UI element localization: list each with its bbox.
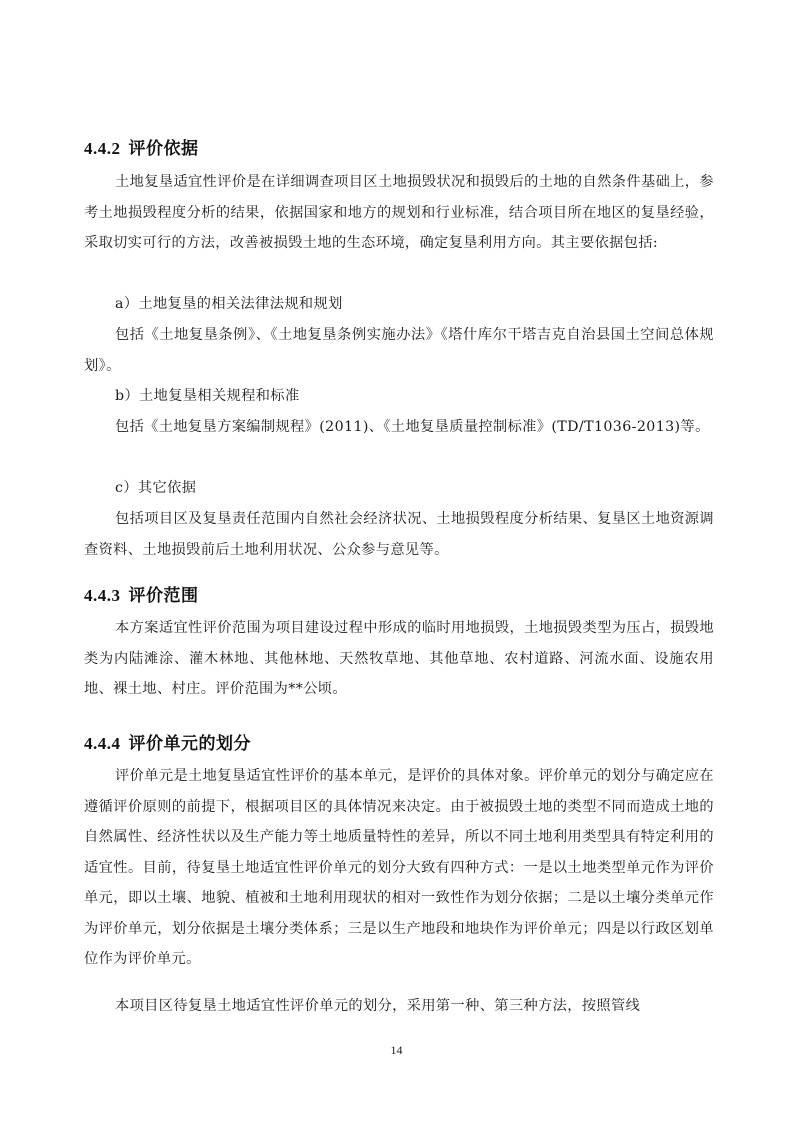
section-title: 评价范围 bbox=[129, 586, 199, 605]
paragraph-unit-method: 本项目区待复垦土地适宜性评价单元的划分，采用第一种、第三种方法，按照管线 bbox=[84, 991, 714, 1022]
list-item-a: a）土地复垦的相关法律法规和规划 bbox=[84, 289, 714, 320]
paragraph-laws: 包括《土地复垦条例》、《土地复垦条例实施办法》《塔什库尔干塔吉克自治县国土空间总… bbox=[84, 320, 714, 381]
paragraph-other-basis: 包括项目区及复垦责任范围内自然社会经济状况、土地损毁程度分析结果、复垦区土地资源… bbox=[84, 504, 714, 565]
list-item-c: c）其它依据 bbox=[84, 473, 714, 504]
section-number: 4.4.3 bbox=[84, 586, 121, 605]
paragraph-scope: 本方案适宜性评价范围为项目建设过程中形成的临时用地损毁，土地损毁类型为压占，损毁… bbox=[84, 613, 714, 705]
section-number: 4.4.4 bbox=[84, 734, 121, 753]
section-title: 评价单元的划分 bbox=[129, 734, 252, 753]
section-number: 4.4.2 bbox=[84, 139, 121, 158]
section-heading-4-4-3: 4.4.3评价范围 bbox=[84, 581, 199, 606]
paragraph-basis-intro: 土地复垦适宜性评价是在详细调查项目区土地损毁状况和损毁后的土地的自然条件基础上，… bbox=[84, 167, 714, 259]
section-heading-4-4-2: 4.4.2评价依据 bbox=[84, 134, 199, 159]
paragraph-standards: 包括《土地复垦方案编制规程》(2011)、《土地复垦质量控制标准》(TD/T10… bbox=[84, 412, 714, 443]
list-item-b: b）土地复垦相关规程和标准 bbox=[84, 381, 714, 412]
section-heading-4-4-4: 4.4.4评价单元的划分 bbox=[84, 729, 251, 754]
page-number: 14 bbox=[0, 1043, 793, 1058]
section-title: 评价依据 bbox=[129, 139, 199, 158]
paragraph-unit-definition: 评价单元是土地复垦适宜性评价的基本单元，是评价的具体对象。评价单元的划分与确定应… bbox=[84, 761, 714, 975]
